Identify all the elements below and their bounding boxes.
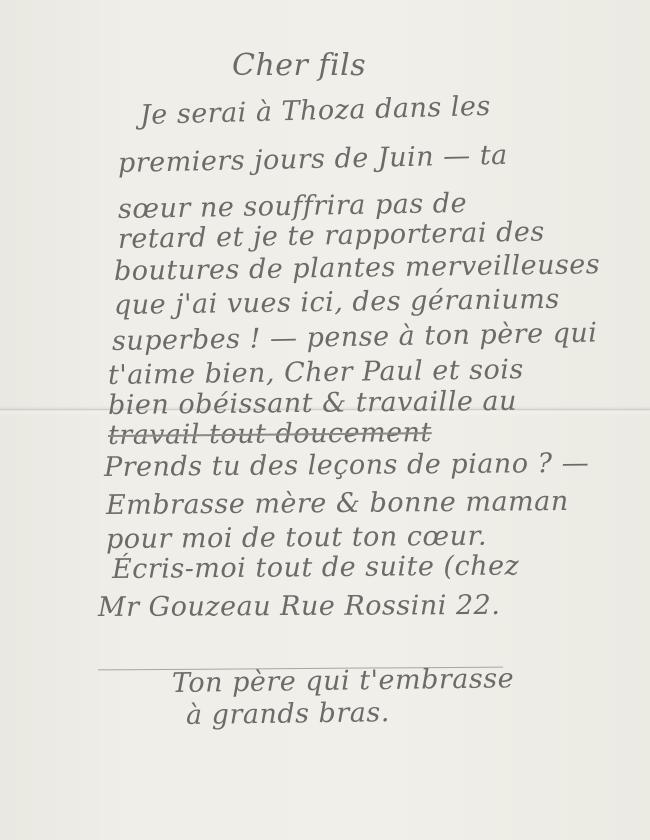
letter-line: pour moi de tout ton cœur.: [106, 521, 487, 555]
letter-greeting: Cher fils: [232, 48, 366, 83]
letter-closing-line: Ton père qui t'embrasse: [172, 663, 514, 699]
letter-line: bien obéissant & travaille au: [108, 386, 517, 421]
letter-line: boutures de plantes merveilleuses: [114, 249, 601, 287]
letter-line: Mr Gouzeau Rue Rossini 22.: [98, 590, 501, 623]
letter-closing-line: à grands bras.: [186, 697, 390, 731]
letter-line: retard et je te rapporterai des: [118, 217, 545, 255]
letter-line: Écris-moi tout de suite (chez: [112, 550, 520, 585]
letter-line: Prends tu des leçons de piano ? —: [104, 448, 589, 483]
letter-line: premiers jours de Juin — ta: [118, 140, 508, 179]
letter-line: que j'ai vues ici, des géraniums: [114, 284, 560, 321]
letter-line: Je serai à Thoza dans les: [140, 91, 492, 131]
letter-page: Cher fils Je serai à Thoza dans les prem…: [0, 0, 650, 840]
letter-line: travail tout doucement: [108, 417, 432, 451]
letter-line: Embrasse mère & bonne maman: [106, 486, 569, 521]
letter-line: superbes ! — pense à ton père qui: [112, 318, 598, 357]
